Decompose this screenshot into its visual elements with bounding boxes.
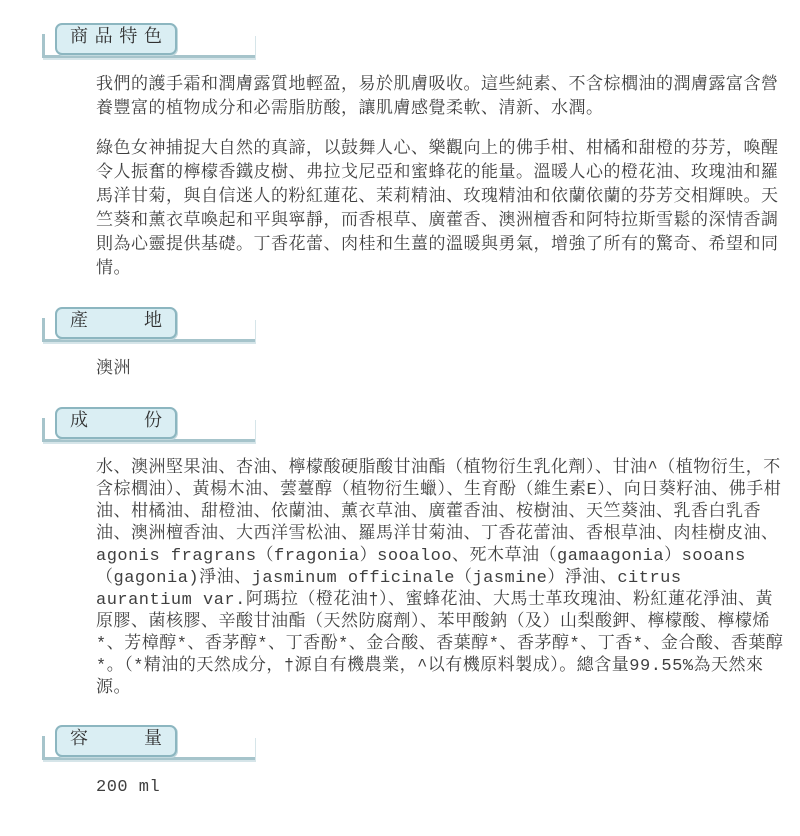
section-header-volume: 容量 [42, 726, 790, 760]
section-header-origin: 產地 [42, 308, 790, 342]
section-title-volume: 容量 [70, 730, 162, 751]
section-title-origin: 產地 [70, 312, 162, 333]
section-title-box: 成份 [55, 407, 177, 439]
section-origin: 產地 澳洲 [42, 308, 790, 382]
section-title-box: 產地 [55, 307, 177, 339]
features-body: 我們的護手霜和潤膚露質地輕盈，易於肌膚吸收。這些純素、不含棕櫚油的潤膚露富含營養… [96, 74, 784, 282]
origin-body: 澳洲 [96, 358, 784, 382]
section-title-ingredients: 成份 [70, 412, 162, 433]
section-title-box: 商品特色 [55, 23, 177, 55]
ingredients-body: 水、澳洲堅果油、杏油、檸檬酸硬脂酸甘油酯（植物衍生乳化劑）、甘油^（植物衍生，不… [96, 458, 784, 700]
ingredients-text: 水、澳洲堅果油、杏油、檸檬酸硬脂酸甘油酯（植物衍生乳化劑）、甘油^（植物衍生，不… [96, 458, 784, 700]
section-volume: 容量 200 ml [42, 726, 790, 800]
origin-value: 澳洲 [96, 358, 784, 382]
volume-body: 200 ml [96, 776, 784, 800]
features-paragraph-1: 我們的護手霜和潤膚露質地輕盈，易於肌膚吸收。這些純素、不含棕櫚油的潤膚露富含營養… [96, 74, 784, 122]
section-title-box: 容量 [55, 725, 177, 757]
section-features: 商品特色 我們的護手霜和潤膚露質地輕盈，易於肌膚吸收。這些純素、不含棕櫚油的潤膚… [42, 24, 790, 282]
section-ingredients: 成份 水、澳洲堅果油、杏油、檸檬酸硬脂酸甘油酯（植物衍生乳化劑）、甘油^（植物衍… [42, 408, 790, 700]
section-header-features: 商品特色 [42, 24, 790, 58]
volume-value: 200 ml [96, 776, 784, 800]
section-title-features: 商品特色 [70, 28, 162, 49]
product-detail-page: 商品特色 我們的護手霜和潤膚露質地輕盈，易於肌膚吸收。這些純素、不含棕櫚油的潤膚… [0, 0, 800, 836]
section-header-ingredients: 成份 [42, 408, 790, 442]
features-paragraph-2: 綠色女神捕捉大自然的真諦，以鼓舞人心、樂觀向上的佛手柑、柑橘和甜橙的芬芳，喚醒令… [96, 138, 784, 282]
